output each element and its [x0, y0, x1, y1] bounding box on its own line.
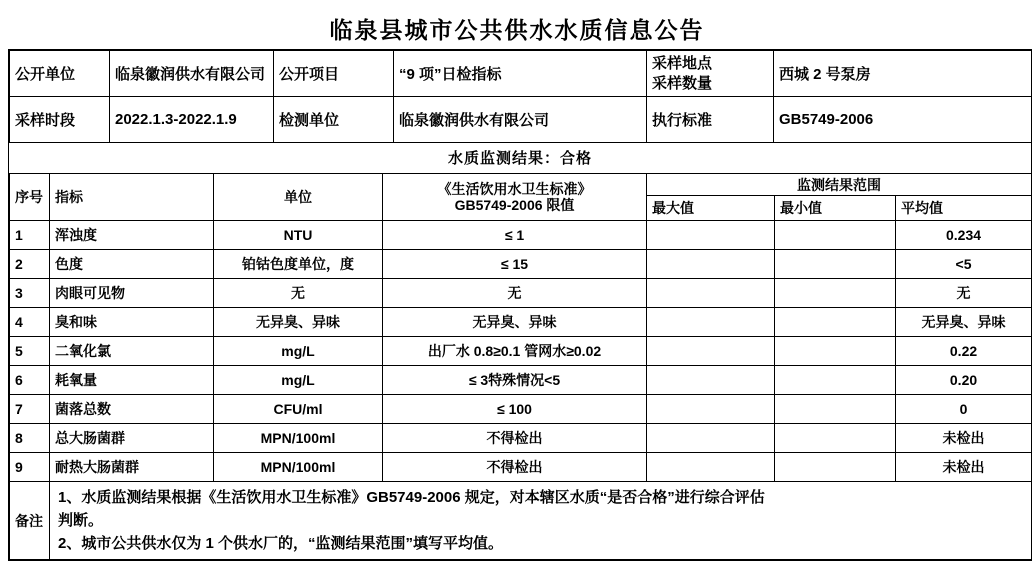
- header-range: 监测结果范围: [647, 174, 1032, 196]
- row-max: [647, 395, 775, 424]
- row-indicator: 臭和味: [50, 308, 214, 337]
- row-indicator: 总大肠菌群: [50, 424, 214, 453]
- row-no: 7: [10, 395, 50, 424]
- test-unit-label: 检测单位: [274, 97, 394, 143]
- open-unit-label: 公开单位: [10, 51, 110, 97]
- header-avg: 平均值: [896, 196, 1032, 221]
- row-limit: ≤ 15: [383, 250, 647, 279]
- row-max: [647, 221, 775, 250]
- row-unit: mg/L: [214, 337, 383, 366]
- row-unit: MPN/100ml: [214, 424, 383, 453]
- row-limit: 不得检出: [383, 424, 647, 453]
- row-min: [775, 250, 896, 279]
- row-min: [775, 395, 896, 424]
- header-limit-line1: 《生活饮用水卫生标准》: [388, 181, 641, 197]
- table-row-6: 6 耗氧量 mg/L ≤ 3特殊情况<5 0.20: [10, 366, 1032, 395]
- row-max: [647, 366, 775, 395]
- row-indicator: 色度: [50, 250, 214, 279]
- remarks-line-3: 2、城市公共供水仅为 1 个供水厂的，“监测结果范围”填写平均值。: [58, 532, 1023, 555]
- row-avg: 未检出: [896, 424, 1032, 453]
- row-no: 4: [10, 308, 50, 337]
- header-no: 序号: [10, 174, 50, 221]
- result-banner: 水质监测结果：合格: [9, 143, 1031, 174]
- row-indicator: 肉眼可见物: [50, 279, 214, 308]
- table-row-7: 7 菌落总数 CFU/ml ≤ 100 0: [10, 395, 1032, 424]
- row-min: [775, 424, 896, 453]
- sampling-labels: 采样地点 采样数量: [647, 51, 774, 97]
- table-row-8: 8 总大肠菌群 MPN/100ml 不得检出 未检出: [10, 424, 1032, 453]
- row-min: [775, 453, 896, 482]
- open-item-label: 公开项目: [274, 51, 394, 97]
- header-indicator: 指标: [50, 174, 214, 221]
- row-max: [647, 250, 775, 279]
- row-indicator: 耗氧量: [50, 366, 214, 395]
- remarks-row: 备注 1、水质监测结果根据《生活饮用水卫生标准》GB5749-2006 规定，对…: [10, 482, 1032, 560]
- row-limit: 无: [383, 279, 647, 308]
- row-avg: 无异臭、异味: [896, 308, 1032, 337]
- row-no: 6: [10, 366, 50, 395]
- row-limit: 无异臭、异味: [383, 308, 647, 337]
- row-no: 5: [10, 337, 50, 366]
- header-limit: 《生活饮用水卫生标准》 GB5749-2006 限值: [383, 174, 647, 221]
- info-row-1: 公开单位 临泉徽润供水有限公司 公开项目 “9 项”日检指标 采样地点 采样数量…: [10, 51, 1032, 97]
- row-avg: 无: [896, 279, 1032, 308]
- header-limit-line2: GB5749-2006 限值: [388, 197, 641, 213]
- header-unit: 单位: [214, 174, 383, 221]
- row-unit: mg/L: [214, 366, 383, 395]
- row-max: [647, 279, 775, 308]
- row-min: [775, 279, 896, 308]
- row-no: 9: [10, 453, 50, 482]
- table-header-row-1: 序号 指标 单位 《生活饮用水卫生标准》 GB5749-2006 限值 监测结果…: [10, 174, 1032, 196]
- row-unit: MPN/100ml: [214, 453, 383, 482]
- info-table: 公开单位 临泉徽润供水有限公司 公开项目 “9 项”日检指标 采样地点 采样数量…: [9, 50, 1032, 143]
- row-indicator: 耐热大肠菌群: [50, 453, 214, 482]
- sampling-value: 西城 2 号泵房: [774, 51, 1032, 97]
- row-indicator: 菌落总数: [50, 395, 214, 424]
- row-min: [775, 308, 896, 337]
- header-min: 最小值: [775, 196, 896, 221]
- row-min: [775, 366, 896, 395]
- remarks-content: 1、水质监测结果根据《生活饮用水卫生标准》GB5749-2006 规定，对本辖区…: [50, 482, 1032, 560]
- standard-value: GB5749-2006: [774, 97, 1032, 143]
- row-indicator: 二氧化氯: [50, 337, 214, 366]
- header-max: 最大值: [647, 196, 775, 221]
- row-avg: 0: [896, 395, 1032, 424]
- row-unit: 无: [214, 279, 383, 308]
- open-item-value: “9 项”日检指标: [394, 51, 647, 97]
- row-avg: 0.20: [896, 366, 1032, 395]
- row-max: [647, 453, 775, 482]
- row-max: [647, 424, 775, 453]
- table-row-4: 4 臭和味 无异臭、异味 无异臭、异味 无异臭、异味: [10, 308, 1032, 337]
- test-unit-value: 临泉徽润供水有限公司: [394, 97, 647, 143]
- page-title: 临泉县城市公共供水水质信息公告: [0, 0, 1034, 49]
- row-no: 3: [10, 279, 50, 308]
- row-no: 8: [10, 424, 50, 453]
- period-value: 2022.1.3-2022.1.9: [110, 97, 274, 143]
- row-limit: 不得检出: [383, 453, 647, 482]
- sampling-site-label: 采样地点: [652, 54, 768, 74]
- row-avg: 0.22: [896, 337, 1032, 366]
- row-no: 1: [10, 221, 50, 250]
- table-row-2: 2 色度 铂钴色度单位，度 ≤ 15 <5: [10, 250, 1032, 279]
- table-row-9: 9 耐热大肠菌群 MPN/100ml 不得检出 未检出: [10, 453, 1032, 482]
- sampling-count-label: 采样数量: [652, 74, 768, 94]
- row-limit: ≤ 3特殊情况<5: [383, 366, 647, 395]
- row-no: 2: [10, 250, 50, 279]
- row-indicator: 浑浊度: [50, 221, 214, 250]
- monitoring-table: 序号 指标 单位 《生活饮用水卫生标准》 GB5749-2006 限值 监测结果…: [9, 173, 1032, 560]
- row-avg: 未检出: [896, 453, 1032, 482]
- open-unit-value: 临泉徽润供水有限公司: [110, 51, 274, 97]
- row-unit: CFU/ml: [214, 395, 383, 424]
- remarks-label: 备注: [10, 482, 50, 560]
- standard-label: 执行标准: [647, 97, 774, 143]
- row-max: [647, 308, 775, 337]
- info-row-2: 采样时段 2022.1.3-2022.1.9 检测单位 临泉徽润供水有限公司 执…: [10, 97, 1032, 143]
- row-min: [775, 221, 896, 250]
- row-max: [647, 337, 775, 366]
- row-limit: 出厂水 0.8≥0.1 管网水≥0.02: [383, 337, 647, 366]
- row-limit: ≤ 100: [383, 395, 647, 424]
- row-unit: NTU: [214, 221, 383, 250]
- period-label: 采样时段: [10, 97, 110, 143]
- row-limit: ≤ 1: [383, 221, 647, 250]
- row-unit: 铂钴色度单位，度: [214, 250, 383, 279]
- remarks-line-2: 判断。: [58, 509, 1023, 532]
- row-avg: <5: [896, 250, 1032, 279]
- row-min: [775, 337, 896, 366]
- table-row-1: 1 浑浊度 NTU ≤ 1 0.234: [10, 221, 1032, 250]
- notice-sheet: 公开单位 临泉徽润供水有限公司 公开项目 “9 项”日检指标 采样地点 采样数量…: [8, 49, 1032, 561]
- table-row-5: 5 二氧化氯 mg/L 出厂水 0.8≥0.1 管网水≥0.02 0.22: [10, 337, 1032, 366]
- row-unit: 无异臭、异味: [214, 308, 383, 337]
- table-row-3: 3 肉眼可见物 无 无 无: [10, 279, 1032, 308]
- row-avg: 0.234: [896, 221, 1032, 250]
- remarks-line-1: 1、水质监测结果根据《生活饮用水卫生标准》GB5749-2006 规定，对本辖区…: [58, 486, 1023, 509]
